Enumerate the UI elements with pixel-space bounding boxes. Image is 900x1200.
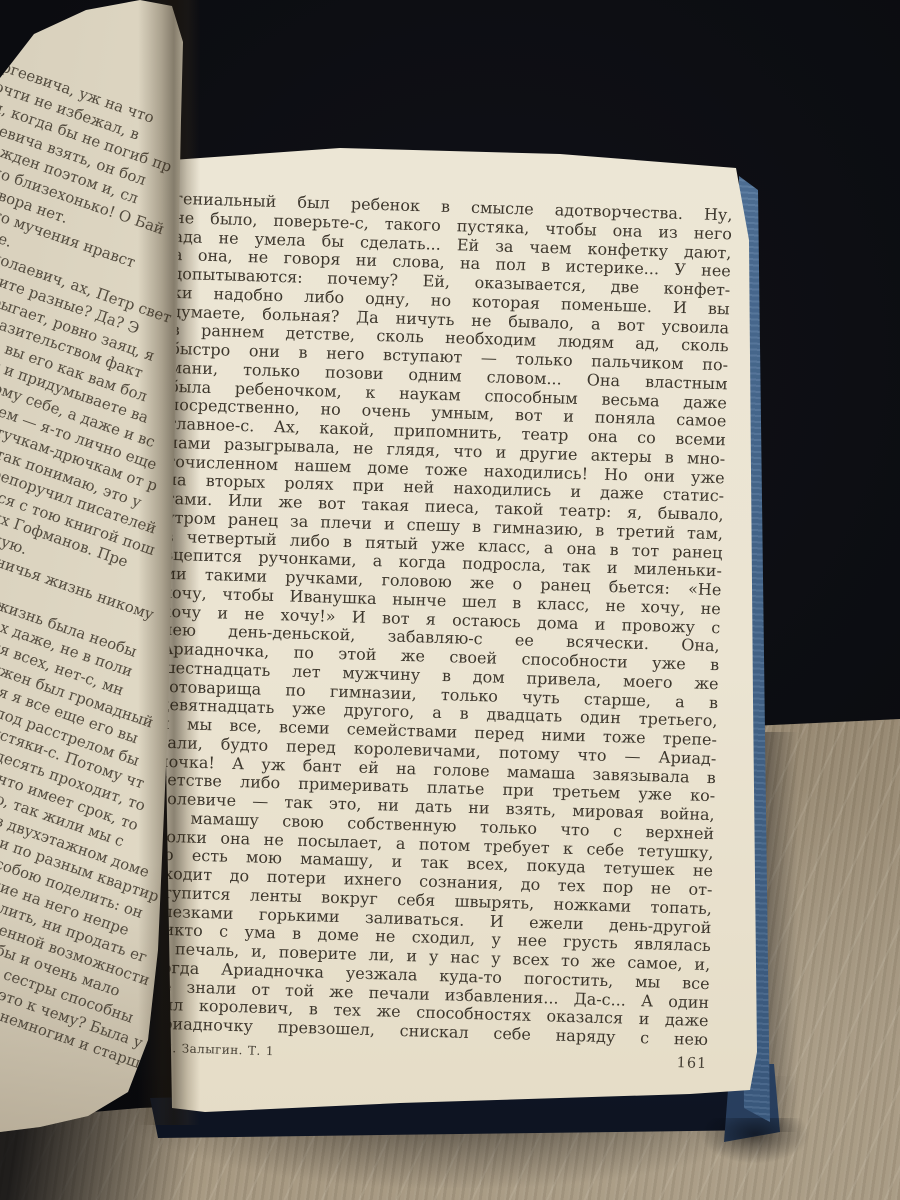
page-number: 161 [676, 1055, 707, 1072]
right-page-text-block: гениальный был ребенок в смысле адотворч… [149, 190, 732, 1072]
right-page-lines: гениальный был ребенок в смысле адотворч… [150, 190, 733, 1050]
cover-corner-shadow [700, 1118, 810, 1164]
spine-gutter-shadow [138, 0, 200, 1125]
book-photo-scene: гениальный был ребенок в смысле адотворч… [0, 0, 900, 1200]
